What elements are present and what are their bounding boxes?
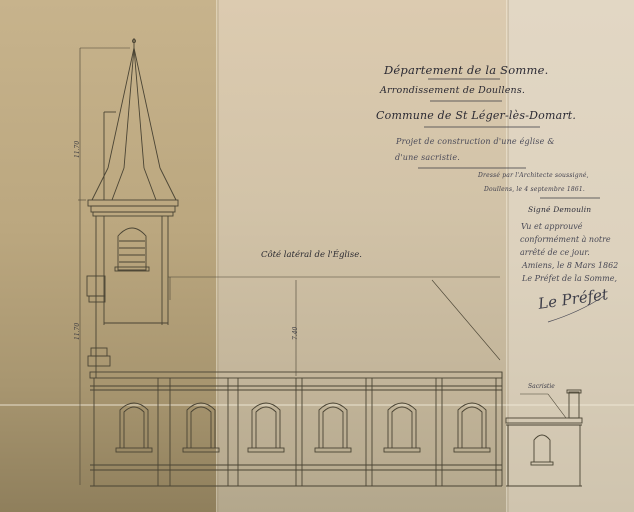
drawn-by: Dressé par l'Architecte soussigné, bbox=[478, 172, 589, 179]
nave-dimension: 7.40 bbox=[292, 327, 299, 340]
approval-line-5: Le Préfet de la Somme, bbox=[522, 274, 617, 283]
tower bbox=[87, 200, 500, 378]
approval-line-4: Amiens, le 8 Mars 1862 bbox=[522, 261, 618, 270]
window-5 bbox=[384, 403, 420, 452]
window-3 bbox=[248, 403, 284, 452]
spire bbox=[92, 38, 176, 200]
approval-line-1: Vu et approuvé bbox=[521, 222, 583, 231]
title-arrondissement: Arrondissement de Doullens. bbox=[380, 85, 525, 96]
base-height-dimension: 11.70 bbox=[74, 323, 81, 340]
nave-wall bbox=[90, 372, 502, 486]
architect-signature: Signé Demoulin bbox=[528, 205, 591, 214]
nave-windows bbox=[116, 403, 490, 452]
window-6 bbox=[454, 403, 490, 452]
project-line-2: d'une sacristie. bbox=[395, 153, 460, 162]
approval-line-3: arrêté de ce jour. bbox=[520, 248, 590, 257]
place-date: Doullens, le 4 septembre 1861. bbox=[484, 186, 585, 193]
sacristy-label: Sacristie bbox=[528, 383, 555, 390]
title-commune: Commune de St Léger-lès-Domart. bbox=[376, 109, 576, 122]
elevation-title: Côté latéral de l'Église. bbox=[261, 250, 362, 260]
project-line-1: Projet de construction d'une église & bbox=[396, 137, 555, 146]
tower-height-dimension: 11.70 bbox=[74, 141, 81, 158]
sacristy bbox=[506, 390, 582, 486]
drawing-sheet: Département de la Somme. Arrondissement … bbox=[0, 0, 634, 512]
window-2 bbox=[183, 403, 219, 452]
title-department: Département de la Somme. bbox=[384, 63, 548, 77]
approval-line-2: conformément à notre bbox=[520, 235, 611, 244]
window-1 bbox=[116, 403, 152, 452]
window-4 bbox=[315, 403, 351, 452]
